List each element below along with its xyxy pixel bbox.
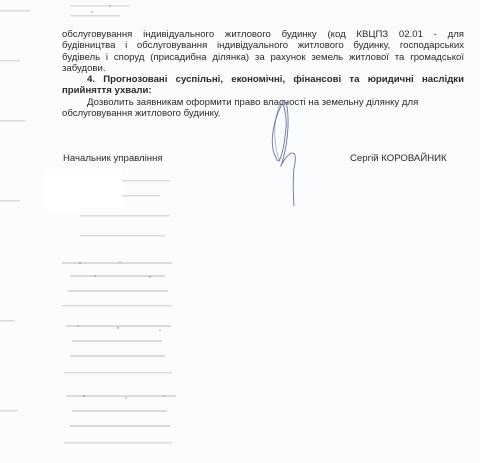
section-4-heading: 4. Прогнозовані суспільні, економічні, ф… (62, 74, 464, 97)
handwritten-signature (262, 98, 322, 208)
section-heading-line: прийняття ухвали: (62, 85, 464, 96)
paragraph-land-purpose: обслуговування індивідуального житлового… (62, 29, 464, 74)
text-line: обслуговування індивідуального житлового… (62, 29, 464, 40)
redacted-area (44, 170, 122, 212)
signer-name: Сергій КОРОВАЙНИК (350, 153, 447, 164)
section-heading-line: 4. Прогнозовані суспільні, економічні, ф… (62, 74, 464, 85)
text-line: будівель і споруд (присадибна ділянка) з… (62, 52, 464, 63)
text-line: будівництва і обслуговування індивідуаль… (62, 40, 464, 51)
position-title: Начальник управління (63, 153, 163, 164)
text-line: забудови. (62, 63, 464, 74)
